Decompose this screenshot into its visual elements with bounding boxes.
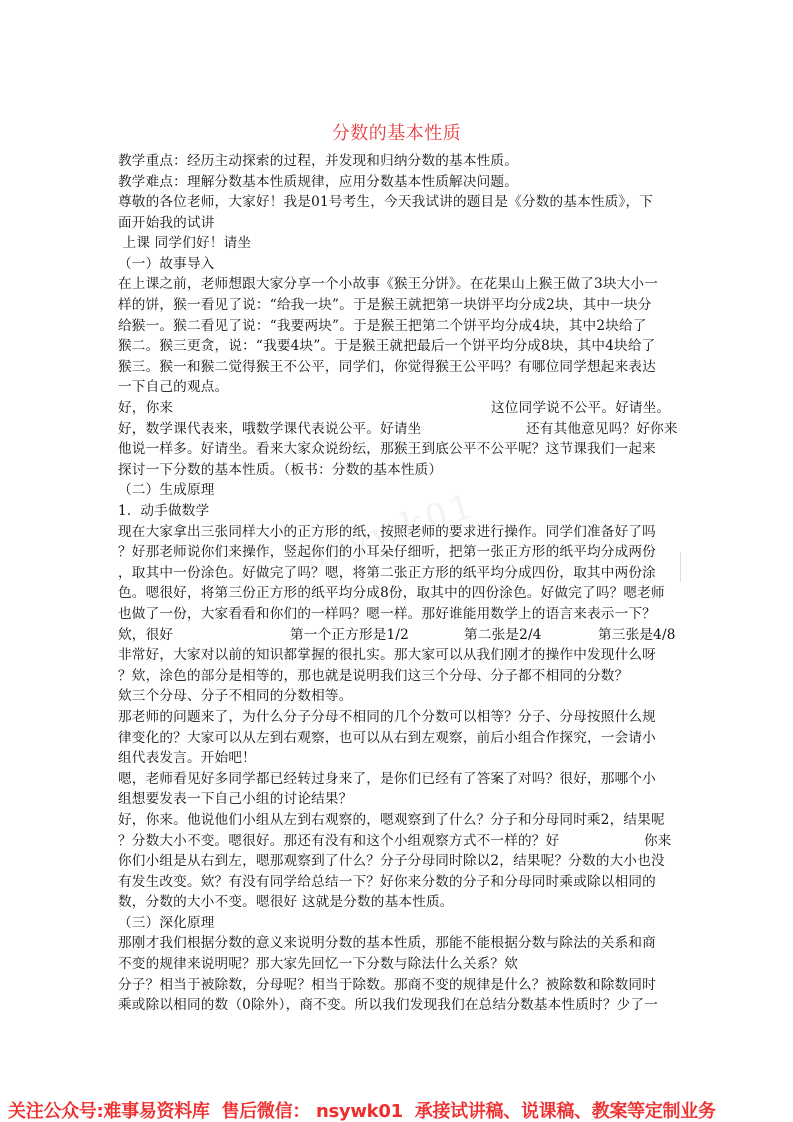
- text-line: 数，分数的大小不变。嗯很好 这就是分数的基本性质。: [118, 892, 678, 912]
- text-line: 给猴一。猴二看见了说：“我要两块”。于是猴王把第二个饼平均分成4块，其中2块给了: [118, 316, 678, 336]
- text-line: 一下自己的观点。: [118, 377, 678, 397]
- section-heading: （二）生成原理: [118, 480, 678, 500]
- text-line: 现在大家拿出三张同样大小的正方形的纸，按照老师的要求进行操作。同学们准备好了吗: [118, 522, 678, 542]
- text-line: 他说一样多。好请坐。看来大家众说纷纭，那猴王到底公平不公平呢？这节课我们一起来: [118, 439, 678, 459]
- text-line: 猴二。猴三更贪，说：“我要4块”。于是猴王就把最后一个饼平均分成8块，其中4块给…: [118, 336, 678, 356]
- fraction-third: 第三张是4/8: [598, 625, 676, 645]
- fraction-intro: 欸，很好: [118, 625, 173, 645]
- text-line: 教学重点：经历主动探索的过程，并发现和归纳分数的基本性质。: [118, 151, 678, 171]
- split-right: 还有其他意见吗？好你来: [526, 419, 678, 439]
- text-line: 不变的规律来说明呢？那大家先回忆一下分数与除法什么关系？欸: [118, 954, 678, 974]
- split-left: 好，数学课代表来，哦数学课代表说公平。好请坐: [118, 419, 421, 439]
- text-line: 律变化的？大家可以从左到右观察，也可以从右到左观察，前后小组合作探究，一会请小: [118, 728, 678, 748]
- text-line: ？好那老师说你们来操作，竖起你们的小耳朵仔细听，把第一张正方形的纸平均分成两份: [118, 542, 678, 562]
- text-line: 有发生改变。欸？有没有同学给总结一下？好你来分数的分子和分母同时乘或除以相同的: [118, 872, 678, 892]
- text-line: 好，你来。他说他们小组从左到右观察的，嗯观察到了什么？分子和分母同时乘2，结果呢: [118, 810, 678, 830]
- text-line: ？欸，涂色的部分是相等的，那也就是说明我们这三个分母、分子都不相同的分数？: [118, 666, 678, 686]
- text-line: 教学难点：理解分数基本性质规律，应用分数基本性质解决问题。: [118, 172, 678, 192]
- split-right: 这位同学说不公平。好请坐。: [491, 398, 670, 418]
- text-line: 那老师的问题来了，为什么分子分母不相同的几个分数可以相等？分子、分母按照什么规: [118, 707, 678, 727]
- document-title: 分数的基本性质: [0, 119, 793, 145]
- section-heading: （三）深化原理: [118, 913, 678, 933]
- page-edge-mark: [680, 552, 681, 582]
- split-right: 你来: [644, 831, 672, 851]
- text-line: 上课 同学们好！请坐: [118, 233, 678, 253]
- split-left: 好，你来: [118, 398, 173, 418]
- section-heading: （一）故事导入: [118, 254, 678, 274]
- text-line: 组代表发言。开始吧！: [118, 748, 678, 768]
- fraction-first: 第一个正方形是1/2: [290, 625, 409, 645]
- text-line: 那刚才我们根据分数的意义来说明分数的基本性质，那能不能根据分数与除法的关系和商: [118, 933, 678, 953]
- text-line: 样的饼，猴一看见了说：“给我一块”。于是猴王就把第一块饼平均分成2块，其中一块分: [118, 295, 678, 315]
- text-line: 尊敬的各位老师，大家好！我是01号考生，今天我试讲的题目是《分数的基本性质》，下: [118, 192, 678, 212]
- fraction-second: 第二张是2/4: [464, 625, 542, 645]
- text-line: 乘或除以相同的数（0除外），商不变。所以我们发现我们在总结分数基本性质时？少了一: [118, 995, 678, 1015]
- text-line: 非常好，大家对以前的知识都掌握的很扎实。那大家可以从我们刚才的操作中发现什么呀: [118, 645, 678, 665]
- footer-banner: 关注公众号:难事易资料库 售后微信： nsywk01 承接试讲稿、说课稿、教案等…: [0, 1093, 793, 1122]
- split-left: ？分数大小不变。嗯很好。那还有没有和这个小组观察方式不一样的？好: [118, 831, 559, 851]
- text-line: 欸三个分母、分子不相同的分数相等。: [118, 686, 678, 706]
- text-line: 也做了一份，大家看看和你们的一样吗？嗯一样。那好谁能用数学上的语言来表示一下？: [118, 604, 678, 624]
- footer-banner-text: 关注公众号:难事易资料库 售后微信： nsywk01 承接试讲稿、说课稿、教案等…: [8, 1097, 716, 1122]
- text-line: 面开始我的试讲: [118, 213, 678, 233]
- text-line: 组想要发表一下自己小组的讨论结果？: [118, 789, 678, 809]
- subsection-heading: 1. 动手做数学: [118, 501, 678, 521]
- text-line: 你们小组是从右到左，嗯那观察到了什么？分子分母同时除以2，结果呢？分数的大小也没: [118, 851, 678, 871]
- text-line: 色。嗯很好，将第三份正方形的纸平均分成8份，取其中的四份涂色。好做完了吗？嗯老师: [118, 583, 678, 603]
- text-line: 嗯，老师看见好多同学都已经转过身来了，是你们已经有了答案了对吗？很好，那哪个小: [118, 769, 678, 789]
- text-line: 探讨一下分数的基本性质。（板书：分数的基本性质）: [118, 460, 678, 480]
- text-line: 在上课之前，老师想跟大家分享一个小故事《猴王分饼》。在花果山上猴王做了3块大小一: [118, 274, 678, 294]
- text-line: 分子？相当于被除数，分母呢？相当于除数。那商不变的规律是什么？被除数和除数同时: [118, 975, 678, 995]
- document-page: nsywk01 分数的基本性质 教学重点：经历主动探索的过程，并发现和归纳分数的…: [0, 0, 793, 1122]
- text-line: ，取其中一份涂色。好做完了吗？嗯，将第二张正方形的纸平均分成四份，取其中两份涂: [118, 563, 678, 583]
- text-line: 猴三。猴一和猴二觉得猴王不公平，同学们，你觉得猴王公平吗？有哪位同学想起来表达: [118, 357, 678, 377]
